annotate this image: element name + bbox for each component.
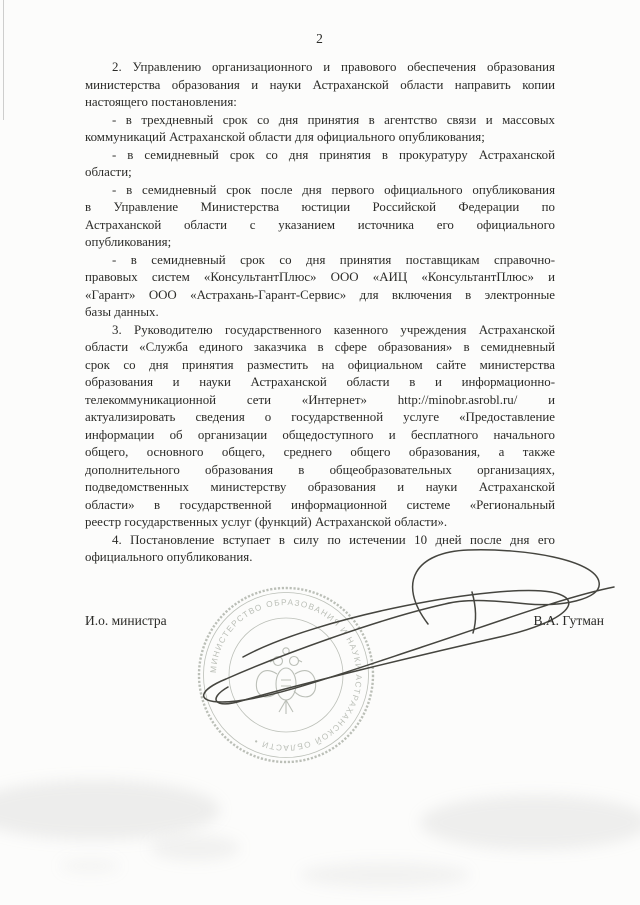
signer-position-label: И.о. министра <box>85 613 167 629</box>
text-line: опубликования; <box>85 234 555 252</box>
text-line: срок со дня принятия разместить на офици… <box>85 357 555 375</box>
text-line: общего, основного общего, среднего общег… <box>85 444 555 462</box>
text-line: - в трехдневный срок со дня принятия в а… <box>85 112 555 130</box>
text-line: правовых систем «КонсультантПлюс» ООО «А… <box>85 269 555 287</box>
text-line: - в семидневный срок со дня принятия пос… <box>85 252 555 270</box>
text-line: настоящего постановления: <box>85 94 555 112</box>
bleed-through-smudge <box>420 795 640 850</box>
text-line: 4. Постановление вступает в силу по исте… <box>85 532 555 550</box>
bleed-through-smudge <box>0 780 220 840</box>
text-line: образования и науки Астраханской области… <box>85 374 555 392</box>
text-line: области; <box>85 164 555 182</box>
text-line: «Гарант» ООО «Астрахань-Гарант-Сервис» д… <box>85 287 555 305</box>
bleed-through-smudge <box>300 862 470 888</box>
text-line: области «Служба единого заказчика в сфер… <box>85 339 555 357</box>
bleed-through-smudge <box>60 858 120 874</box>
text-line: области» в государственной информационно… <box>85 497 555 515</box>
text-line: коммуникаций Астраханской области для оф… <box>85 129 555 147</box>
text-line: в Управление Министерства юстиции Россий… <box>85 199 555 217</box>
scanned-document-page: 2 2. Управлению организационного и право… <box>0 0 640 905</box>
text-line: официального опубликования. <box>85 549 555 567</box>
text-line: 3. Руководителю государственного казенно… <box>85 322 555 340</box>
text-line: телекоммуникационной сети «Интернет» htt… <box>85 392 555 410</box>
seal-inner-ring <box>229 618 343 732</box>
scan-edge-artifact <box>3 0 4 120</box>
page-number: 2 <box>0 31 640 47</box>
double-headed-eagle-emblem <box>256 648 315 714</box>
text-line: дополнительного образования в общеобразо… <box>85 462 555 480</box>
signer-name: В.А. Гутман <box>534 613 605 629</box>
text-line: Астраханской области с указанием источни… <box>85 217 555 235</box>
text-line: базы данных. <box>85 304 555 322</box>
signature-block: И.о. министра В.А. Гутман <box>85 613 604 629</box>
text-line: министерства образования и науки Астраха… <box>85 77 555 95</box>
text-line: информации об организации общедоступного… <box>85 427 555 445</box>
text-line: - в семидневный срок после дня первого о… <box>85 182 555 200</box>
bleed-through-smudge <box>150 835 240 861</box>
text-line: - в семидневный срок со дня принятия в п… <box>85 147 555 165</box>
text-line: подведомственных министерству образовани… <box>85 479 555 497</box>
document-body: 2. Управлению организационного и правово… <box>85 59 555 567</box>
text-line: 2. Управлению организационного и правово… <box>85 59 555 77</box>
text-line: реестр государственных услуг (функций) А… <box>85 514 555 532</box>
text-line: актуализировать сведения о государственн… <box>85 409 555 427</box>
